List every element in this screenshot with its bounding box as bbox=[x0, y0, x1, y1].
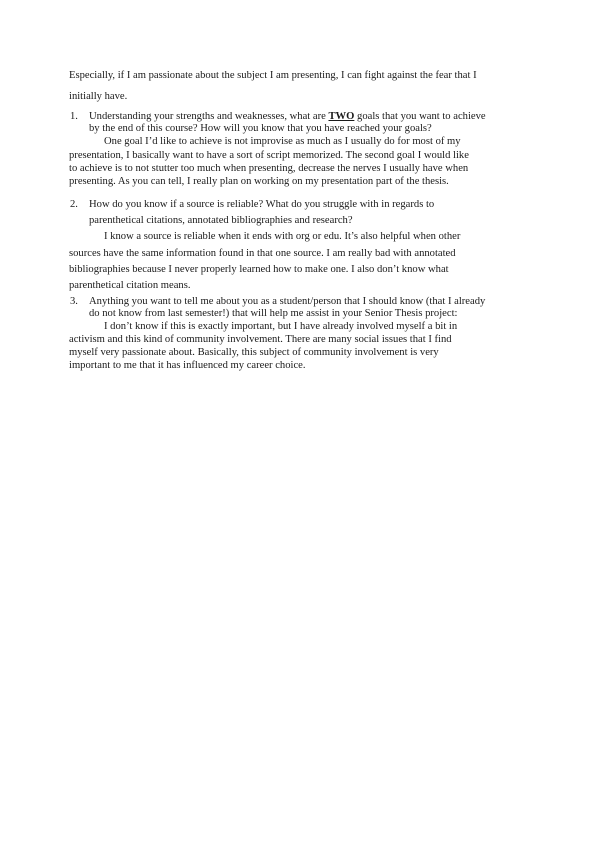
answer-line: to achieve is to not stutter too much wh… bbox=[69, 162, 468, 175]
question-line: do not know from last semester!) that wi… bbox=[89, 307, 457, 320]
answer-line: sources have the same information found … bbox=[69, 247, 456, 260]
question-text: Understanding your strengths and weaknes… bbox=[89, 111, 328, 122]
question-text: goals that you want to achieve bbox=[354, 111, 485, 122]
answer-line: presenting. As you can tell, I really pl… bbox=[69, 175, 449, 188]
question-line: by the end of this course? How will you … bbox=[89, 122, 432, 135]
question-line: How do you know if a source is reliable?… bbox=[89, 198, 434, 211]
question-number: 2. bbox=[70, 198, 78, 211]
answer-line: parenthetical citation means. bbox=[69, 279, 190, 292]
document-page: Especially, if I am passionate about the… bbox=[0, 0, 595, 842]
answer-line: presentation, I basically want to have a… bbox=[69, 149, 469, 162]
question-number: 3. bbox=[70, 295, 78, 308]
answer-line: myself very passionate about. Basically,… bbox=[69, 346, 439, 359]
answer-line: activism and this kind of community invo… bbox=[69, 333, 452, 346]
answer-line: I don’t know if this is exactly importan… bbox=[104, 320, 457, 333]
answer-line: One goal I’d like to achieve is not impr… bbox=[104, 135, 461, 148]
answer-line: bibliographies because I never properly … bbox=[69, 263, 449, 276]
intro-line: Especially, if I am passionate about the… bbox=[69, 69, 477, 82]
question-line: parenthetical citations, annotated bibli… bbox=[89, 214, 353, 227]
answer-line: important to me that it has influenced m… bbox=[69, 359, 306, 372]
intro-line: initially have. bbox=[69, 90, 127, 103]
emphasis-two: TWO bbox=[328, 111, 354, 122]
answer-line: I know a source is reliable when it ends… bbox=[104, 230, 460, 243]
question-number: 1. bbox=[70, 110, 78, 123]
